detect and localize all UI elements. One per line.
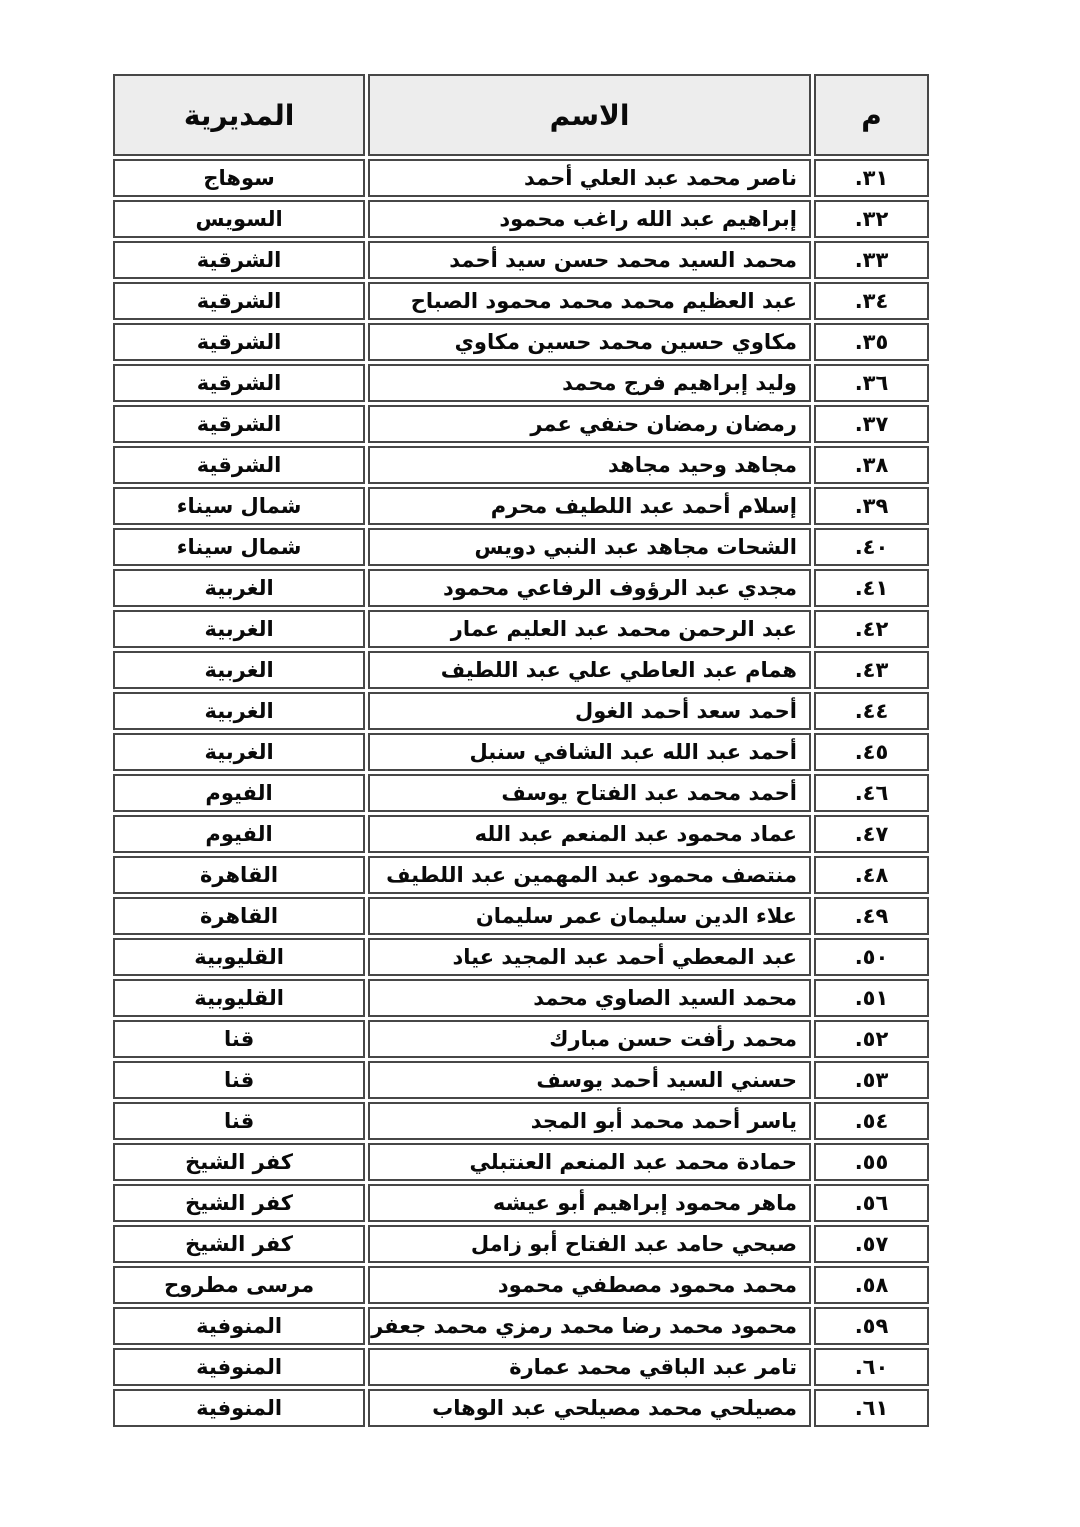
name-cell: الشحات مجاهد عبد النبي دويس xyxy=(368,528,811,566)
name-cell: محمد السيد محمد حسن سيد أحمد xyxy=(368,241,811,279)
row-number-cell: ٣٤. xyxy=(814,282,929,320)
name-cell: عبد العظيم محمد محمد محمود الصباح xyxy=(368,282,811,320)
name-cell: ناصر محمد عبد العلي أحمد xyxy=(368,159,811,197)
table-row: ٥٩. محمود محمد رضا محمد رمزي محمد جعفر ا… xyxy=(113,1307,929,1345)
row-number-cell: ٤٠. xyxy=(814,528,929,566)
directorate-cell: قنا xyxy=(113,1020,365,1058)
roster-table: م الاسم المديرية ٣١. ناصر محمد عبد العلي… xyxy=(110,71,932,1430)
directorate-cell: شمال سيناء xyxy=(113,487,365,525)
directorate-cell: المنوفية xyxy=(113,1389,365,1427)
table-row: ٤٨. منتصف محمود عبد المهمين عبد اللطيف ا… xyxy=(113,856,929,894)
directorate-cell: كفر الشيخ xyxy=(113,1143,365,1181)
row-number-cell: ٥٦. xyxy=(814,1184,929,1222)
name-cell: حسني السيد أحمد يوسف xyxy=(368,1061,811,1099)
table-row: ٤٧. عماد محمود عبد المنعم عبد الله الفيو… xyxy=(113,815,929,853)
row-number-cell: ٤١. xyxy=(814,569,929,607)
row-number-cell: ٥٩. xyxy=(814,1307,929,1345)
directorate-cell: قنا xyxy=(113,1061,365,1099)
table-row: ٥١. محمد السيد الصاوي محمد القليوبية xyxy=(113,979,929,1017)
directorate-cell: الغربية xyxy=(113,610,365,648)
header-cell-directorate: المديرية xyxy=(113,74,365,156)
directorate-cell: الغربية xyxy=(113,569,365,607)
table-body: ٣١. ناصر محمد عبد العلي أحمد سوهاج ٣٢. إ… xyxy=(113,159,929,1427)
header-row: م الاسم المديرية xyxy=(113,74,929,156)
header-cell-name: الاسم xyxy=(368,74,811,156)
table-row: ٦١. مصيلحي محمد مصيلحي عبد الوهاب المنوف… xyxy=(113,1389,929,1427)
name-cell: مجاهد وحيد مجاهد xyxy=(368,446,811,484)
directorate-cell: القاهرة xyxy=(113,856,365,894)
name-cell: عبد الرحمن محمد عبد العليم عمار xyxy=(368,610,811,648)
row-number-cell: ٥٨. xyxy=(814,1266,929,1304)
row-number-cell: ٥١. xyxy=(814,979,929,1017)
table-row: ٣٤. عبد العظيم محمد محمد محمود الصباح ال… xyxy=(113,282,929,320)
table-row: ٤١. مجدي عبد الرؤوف الرفاعي محمود الغربي… xyxy=(113,569,929,607)
row-number-cell: ٥٧. xyxy=(814,1225,929,1263)
table-row: ٥٤. ياسر أحمد محمد أبو المجد قنا xyxy=(113,1102,929,1140)
row-number-cell: ٣١. xyxy=(814,159,929,197)
row-number-cell: ٤٥. xyxy=(814,733,929,771)
row-number-cell: ٥٠. xyxy=(814,938,929,976)
table-row: ٦٠. تامر عبد الباقي محمد عمارة المنوفية xyxy=(113,1348,929,1386)
table-row: ٤٣. همام عبد العاطي علي عبد اللطيف الغرب… xyxy=(113,651,929,689)
table-row: ٣٦. وليد إبراهيم فرج محمد الشرقية xyxy=(113,364,929,402)
row-number-cell: ٣٨. xyxy=(814,446,929,484)
table-row: ٥٣. حسني السيد أحمد يوسف قنا xyxy=(113,1061,929,1099)
directorate-cell: الشرقية xyxy=(113,364,365,402)
name-cell: محمد محمود مصطفي محمود xyxy=(368,1266,811,1304)
name-cell: مجدي عبد الرؤوف الرفاعي محمود xyxy=(368,569,811,607)
directorate-cell: الفيوم xyxy=(113,774,365,812)
row-number-cell: ٤٧. xyxy=(814,815,929,853)
table-row: ٥٧. صبحي حامد عبد الفتاح أبو زامل كفر ال… xyxy=(113,1225,929,1263)
table-row: ٣٥. مكاوي حسين محمد حسين مكاوي الشرقية xyxy=(113,323,929,361)
directorate-cell: كفر الشيخ xyxy=(113,1225,365,1263)
name-cell: محمد السيد الصاوي محمد xyxy=(368,979,811,1017)
name-cell: صبحي حامد عبد الفتاح أبو زامل xyxy=(368,1225,811,1263)
name-cell: ياسر أحمد محمد أبو المجد xyxy=(368,1102,811,1140)
row-number-cell: ٥٤. xyxy=(814,1102,929,1140)
name-cell: رمضان رمضان حنفي عمر xyxy=(368,405,811,443)
header-cell-number: م xyxy=(814,74,929,156)
row-number-cell: ٦١. xyxy=(814,1389,929,1427)
table-header: م الاسم المديرية xyxy=(113,74,929,156)
row-number-cell: ٤٣. xyxy=(814,651,929,689)
name-cell: مصيلحي محمد مصيلحي عبد الوهاب xyxy=(368,1389,811,1427)
name-cell: إبراهيم عبد الله راغب محمود xyxy=(368,200,811,238)
table-row: ٣٢. إبراهيم عبد الله راغب محمود السويس xyxy=(113,200,929,238)
name-cell: حمادة محمد عبد المنعم العنتبلي xyxy=(368,1143,811,1181)
table-row: ٤٤. أحمد سعد أحمد الغول الغربية xyxy=(113,692,929,730)
directorate-cell: الشرقية xyxy=(113,405,365,443)
table-row: ٤٦. أحمد محمد عبد الفتاح يوسف الفيوم xyxy=(113,774,929,812)
directorate-cell: الفيوم xyxy=(113,815,365,853)
row-number-cell: ٤٤. xyxy=(814,692,929,730)
name-cell: عماد محمود عبد المنعم عبد الله xyxy=(368,815,811,853)
directorate-cell: القليوبية xyxy=(113,938,365,976)
table-row: ٤٩. علاء الدين سليمان عمر سليمان القاهرة xyxy=(113,897,929,935)
name-cell: علاء الدين سليمان عمر سليمان xyxy=(368,897,811,935)
directorate-cell: الشرقية xyxy=(113,323,365,361)
directorate-cell: الغربية xyxy=(113,692,365,730)
table-row: ٣٣. محمد السيد محمد حسن سيد أحمد الشرقية xyxy=(113,241,929,279)
table-row: ٥٨. محمد محمود مصطفي محمود مرسى مطروح xyxy=(113,1266,929,1304)
directorate-cell: المنوفية xyxy=(113,1348,365,1386)
name-cell: عبد المعطي أحمد عبد المجيد عياد xyxy=(368,938,811,976)
table-row: ٤٠. الشحات مجاهد عبد النبي دويس شمال سين… xyxy=(113,528,929,566)
table-row: ٥٠. عبد المعطي أحمد عبد المجيد عياد القل… xyxy=(113,938,929,976)
name-cell: ماهر محمود إبراهيم أبو عيشه xyxy=(368,1184,811,1222)
directorate-cell: السويس xyxy=(113,200,365,238)
directorate-cell: شمال سيناء xyxy=(113,528,365,566)
directorate-cell: كفر الشيخ xyxy=(113,1184,365,1222)
name-cell: أحمد محمد عبد الفتاح يوسف xyxy=(368,774,811,812)
name-cell: تامر عبد الباقي محمد عمارة xyxy=(368,1348,811,1386)
row-number-cell: ٣٣. xyxy=(814,241,929,279)
row-number-cell: ٣٧. xyxy=(814,405,929,443)
table-row: ٣١. ناصر محمد عبد العلي أحمد سوهاج xyxy=(113,159,929,197)
directorate-cell: القاهرة xyxy=(113,897,365,935)
row-number-cell: ٣٦. xyxy=(814,364,929,402)
row-number-cell: ٥٣. xyxy=(814,1061,929,1099)
row-number-cell: ٤٢. xyxy=(814,610,929,648)
table-row: ٤٢. عبد الرحمن محمد عبد العليم عمار الغر… xyxy=(113,610,929,648)
name-cell: همام عبد العاطي علي عبد اللطيف xyxy=(368,651,811,689)
directorate-cell: قنا xyxy=(113,1102,365,1140)
directorate-cell: الغربية xyxy=(113,651,365,689)
table-row: ٣٧. رمضان رمضان حنفي عمر الشرقية xyxy=(113,405,929,443)
row-number-cell: ٣٩. xyxy=(814,487,929,525)
row-number-cell: ٣٥. xyxy=(814,323,929,361)
directorate-cell: الشرقية xyxy=(113,282,365,320)
name-cell: إسلام أحمد عبد اللطيف محرم xyxy=(368,487,811,525)
directorate-cell: الشرقية xyxy=(113,241,365,279)
document-page: م الاسم المديرية ٣١. ناصر محمد عبد العلي… xyxy=(0,0,1080,1527)
name-cell: محمد رأفت حسن مبارك xyxy=(368,1020,811,1058)
name-cell: محمود محمد رضا محمد رمزي محمد جعفر xyxy=(368,1307,811,1345)
row-number-cell: ٦٠. xyxy=(814,1348,929,1386)
row-number-cell: ٣٢. xyxy=(814,200,929,238)
name-cell: وليد إبراهيم فرج محمد xyxy=(368,364,811,402)
table-row: ٥٦. ماهر محمود إبراهيم أبو عيشه كفر الشي… xyxy=(113,1184,929,1222)
directorate-cell: مرسى مطروح xyxy=(113,1266,365,1304)
row-number-cell: ٤٩. xyxy=(814,897,929,935)
table-row: ٣٨. مجاهد وحيد مجاهد الشرقية xyxy=(113,446,929,484)
row-number-cell: ٤٦. xyxy=(814,774,929,812)
directorate-cell: المنوفية xyxy=(113,1307,365,1345)
row-number-cell: ٤٨. xyxy=(814,856,929,894)
name-cell: مكاوي حسين محمد حسين مكاوي xyxy=(368,323,811,361)
row-number-cell: ٥٢. xyxy=(814,1020,929,1058)
table-row: ٥٥. حمادة محمد عبد المنعم العنتبلي كفر ا… xyxy=(113,1143,929,1181)
row-number-cell: ٥٥. xyxy=(814,1143,929,1181)
table-row: ٤٥. أحمد عبد الله عبد الشافي سنبل الغربي… xyxy=(113,733,929,771)
name-cell: منتصف محمود عبد المهمين عبد اللطيف xyxy=(368,856,811,894)
name-cell: أحمد عبد الله عبد الشافي سنبل xyxy=(368,733,811,771)
directorate-cell: القليوبية xyxy=(113,979,365,1017)
table-row: ٥٢. محمد رأفت حسن مبارك قنا xyxy=(113,1020,929,1058)
directorate-cell: الغربية xyxy=(113,733,365,771)
name-cell: أحمد سعد أحمد الغول xyxy=(368,692,811,730)
directorate-cell: سوهاج xyxy=(113,159,365,197)
table-row: ٣٩. إسلام أحمد عبد اللطيف محرم شمال سينا… xyxy=(113,487,929,525)
directorate-cell: الشرقية xyxy=(113,446,365,484)
